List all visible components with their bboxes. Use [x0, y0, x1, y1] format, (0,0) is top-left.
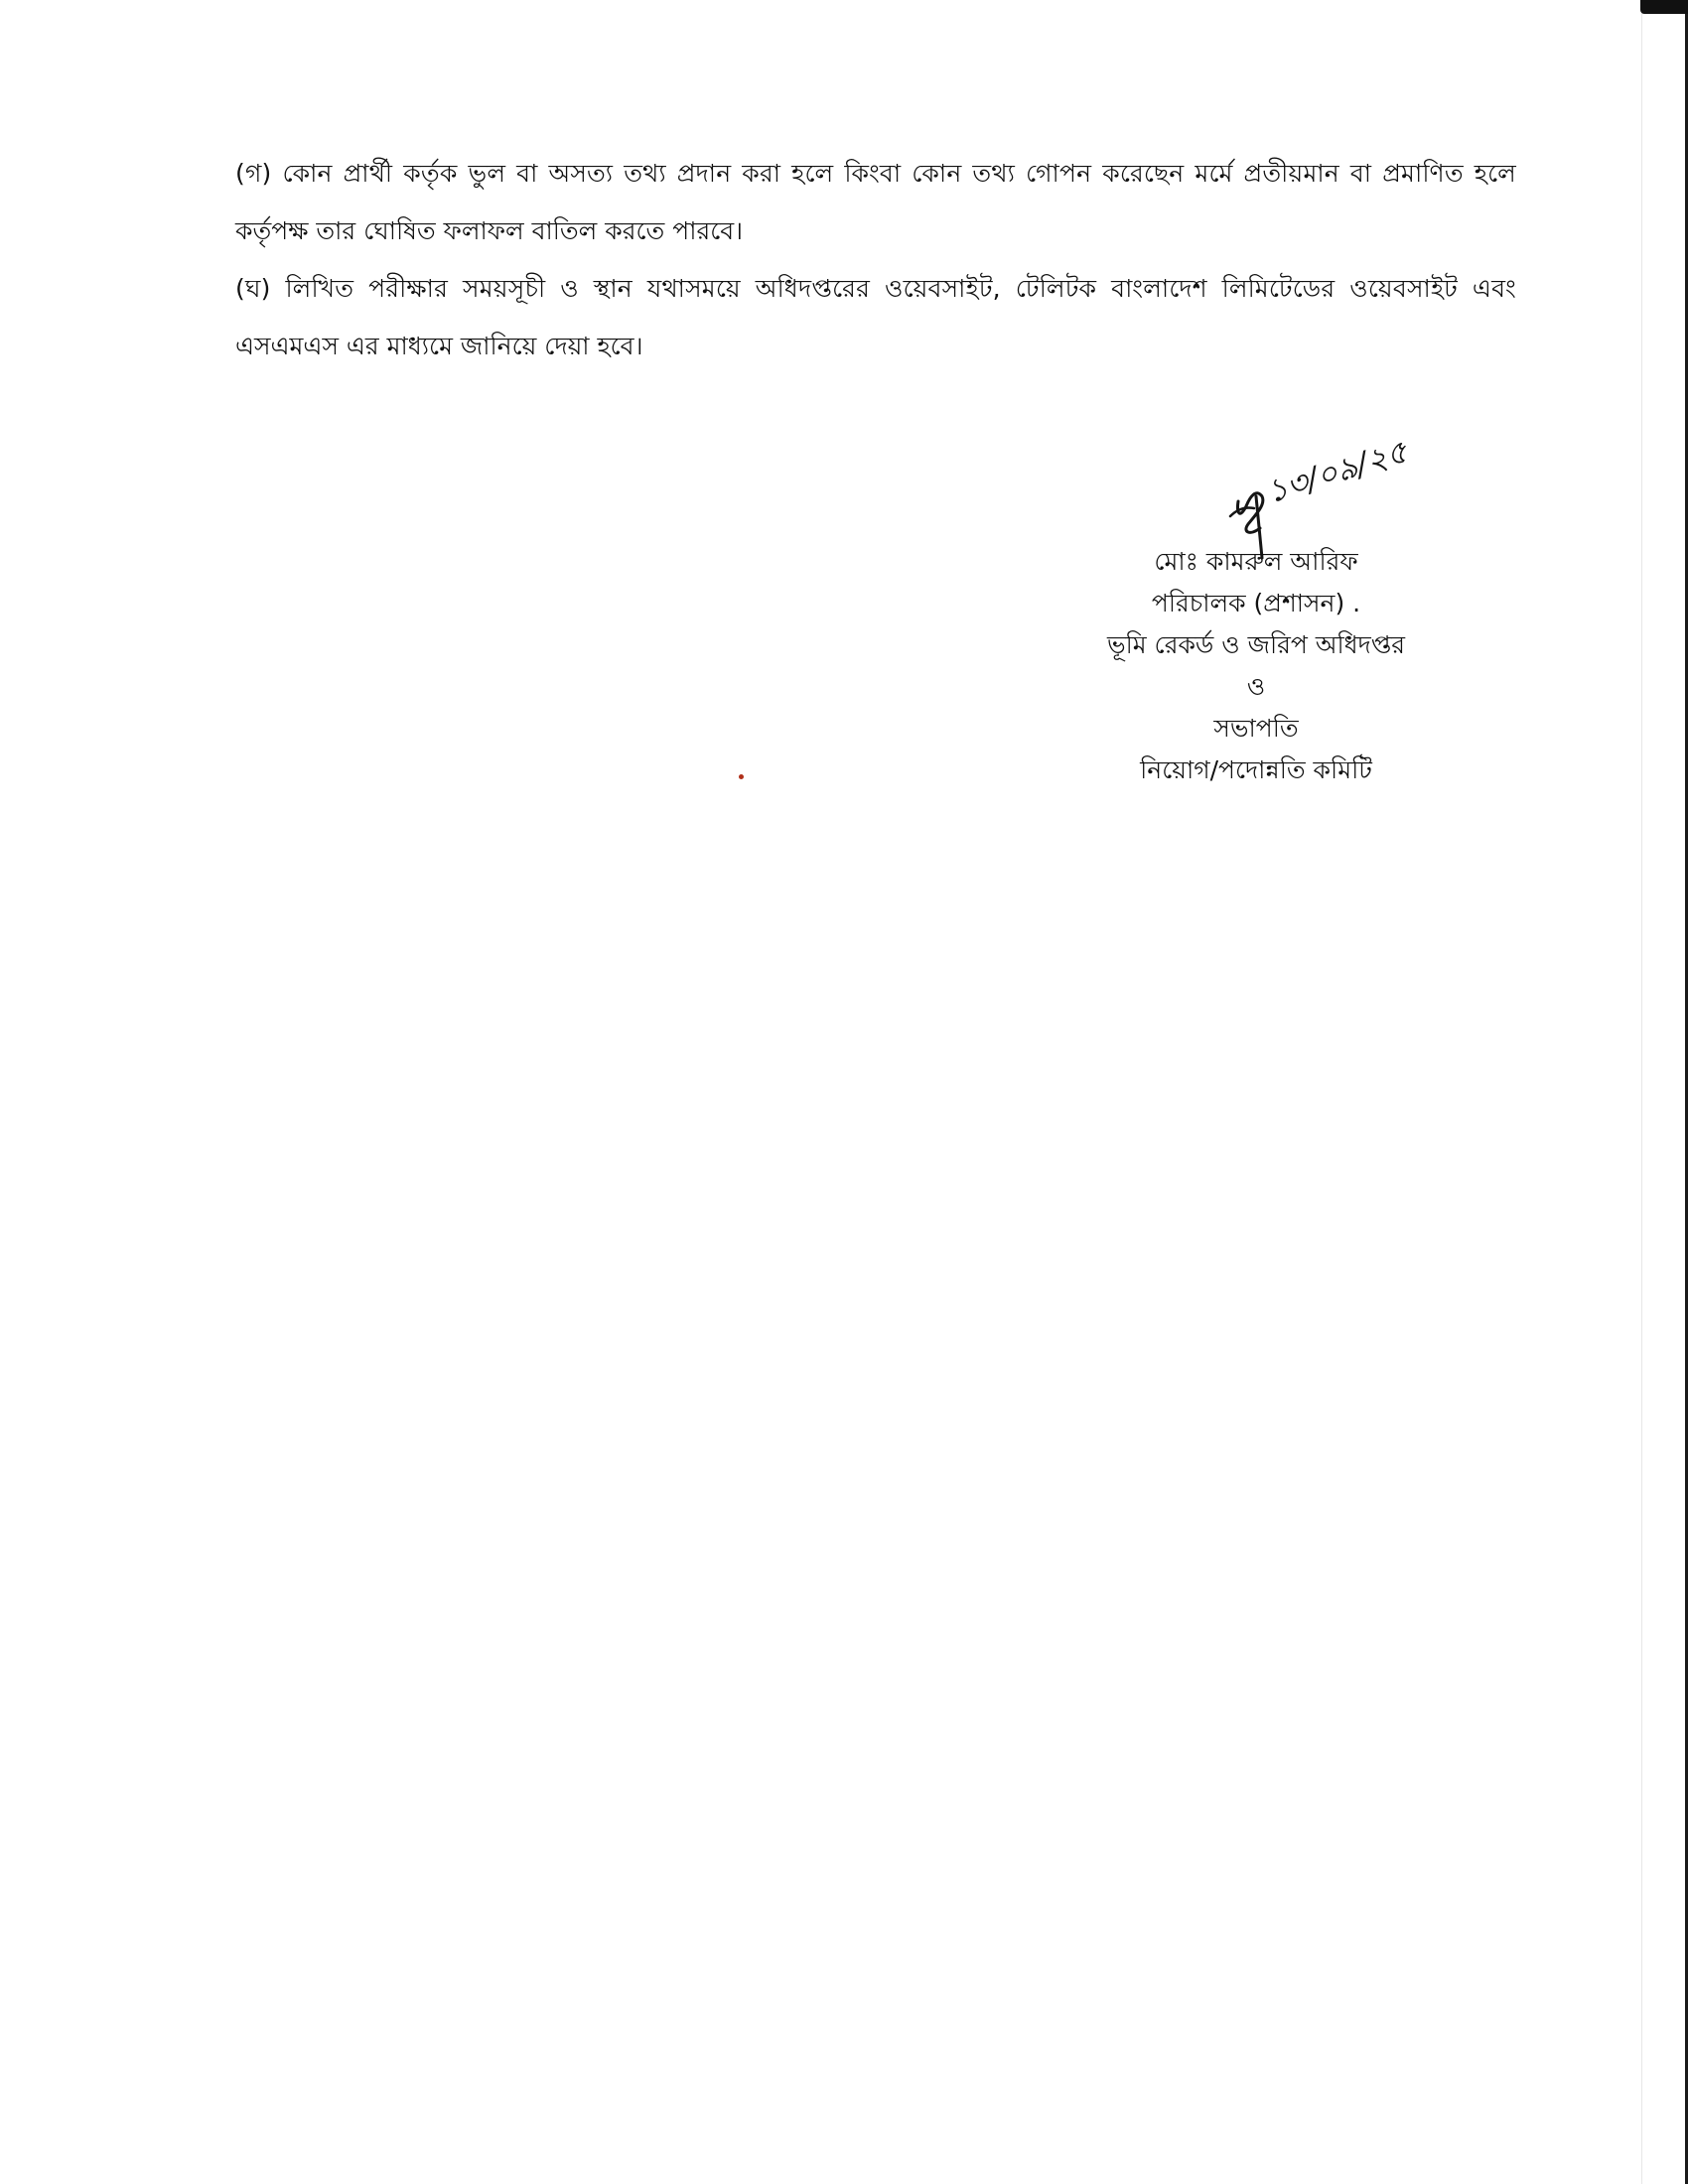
signatory-name: মোঃ কামরুল আরিফ [1057, 541, 1455, 583]
signatory-office: ভূমি রেকর্ড ও জরিপ অধিদপ্তর [1057, 624, 1455, 666]
signatory-role: সভাপতি [1057, 708, 1455, 750]
document-body: (গ) কোন প্রার্থী কর্তৃক ভুল বা অসত্য তথ্… [235, 145, 1516, 375]
paragraph-ga-line-2: কর্তৃপক্ষ তার ঘোষিত ফলাফল বাতিল করতে পার… [235, 203, 1516, 260]
stray-ink-mark [739, 774, 744, 779]
scan-edge-shadow [1641, 10, 1642, 2184]
paragraph-gha: (ঘ) লিখিত পরীক্ষার সময়সূচী ও স্থান যথাস… [235, 260, 1516, 375]
signatory-conjunction: ও [1057, 666, 1455, 708]
paragraph-ga: (গ) কোন প্রার্থী কর্তৃক ভুল বা অসত্য তথ্… [235, 145, 1516, 260]
signature-date: ১৩/০৯/২৫ [1260, 427, 1415, 520]
scan-edge-corner [1640, 0, 1688, 14]
signatory-committee: নিয়োগ/পদোন্নতি কমিটি [1057, 750, 1455, 791]
paragraph-gha-line-1: (ঘ) লিখিত পরীক্ষার সময়সূচী ও স্থান যথাস… [235, 260, 1516, 318]
signatory-designation: পরিচালক (প্রশাসন) . [1057, 583, 1455, 624]
paragraph-ga-line-1: (গ) কোন প্রার্থী কর্তৃক ভুল বা অসত্য তথ্… [235, 145, 1516, 203]
paragraph-gha-line-2: এসএমএস এর মাধ্যমে জানিয়ে দেয়া হবে। [235, 318, 1516, 375]
signature-block: মোঃ কামরুল আরিফ পরিচালক (প্রশাসন) . ভূমি… [1057, 541, 1455, 791]
